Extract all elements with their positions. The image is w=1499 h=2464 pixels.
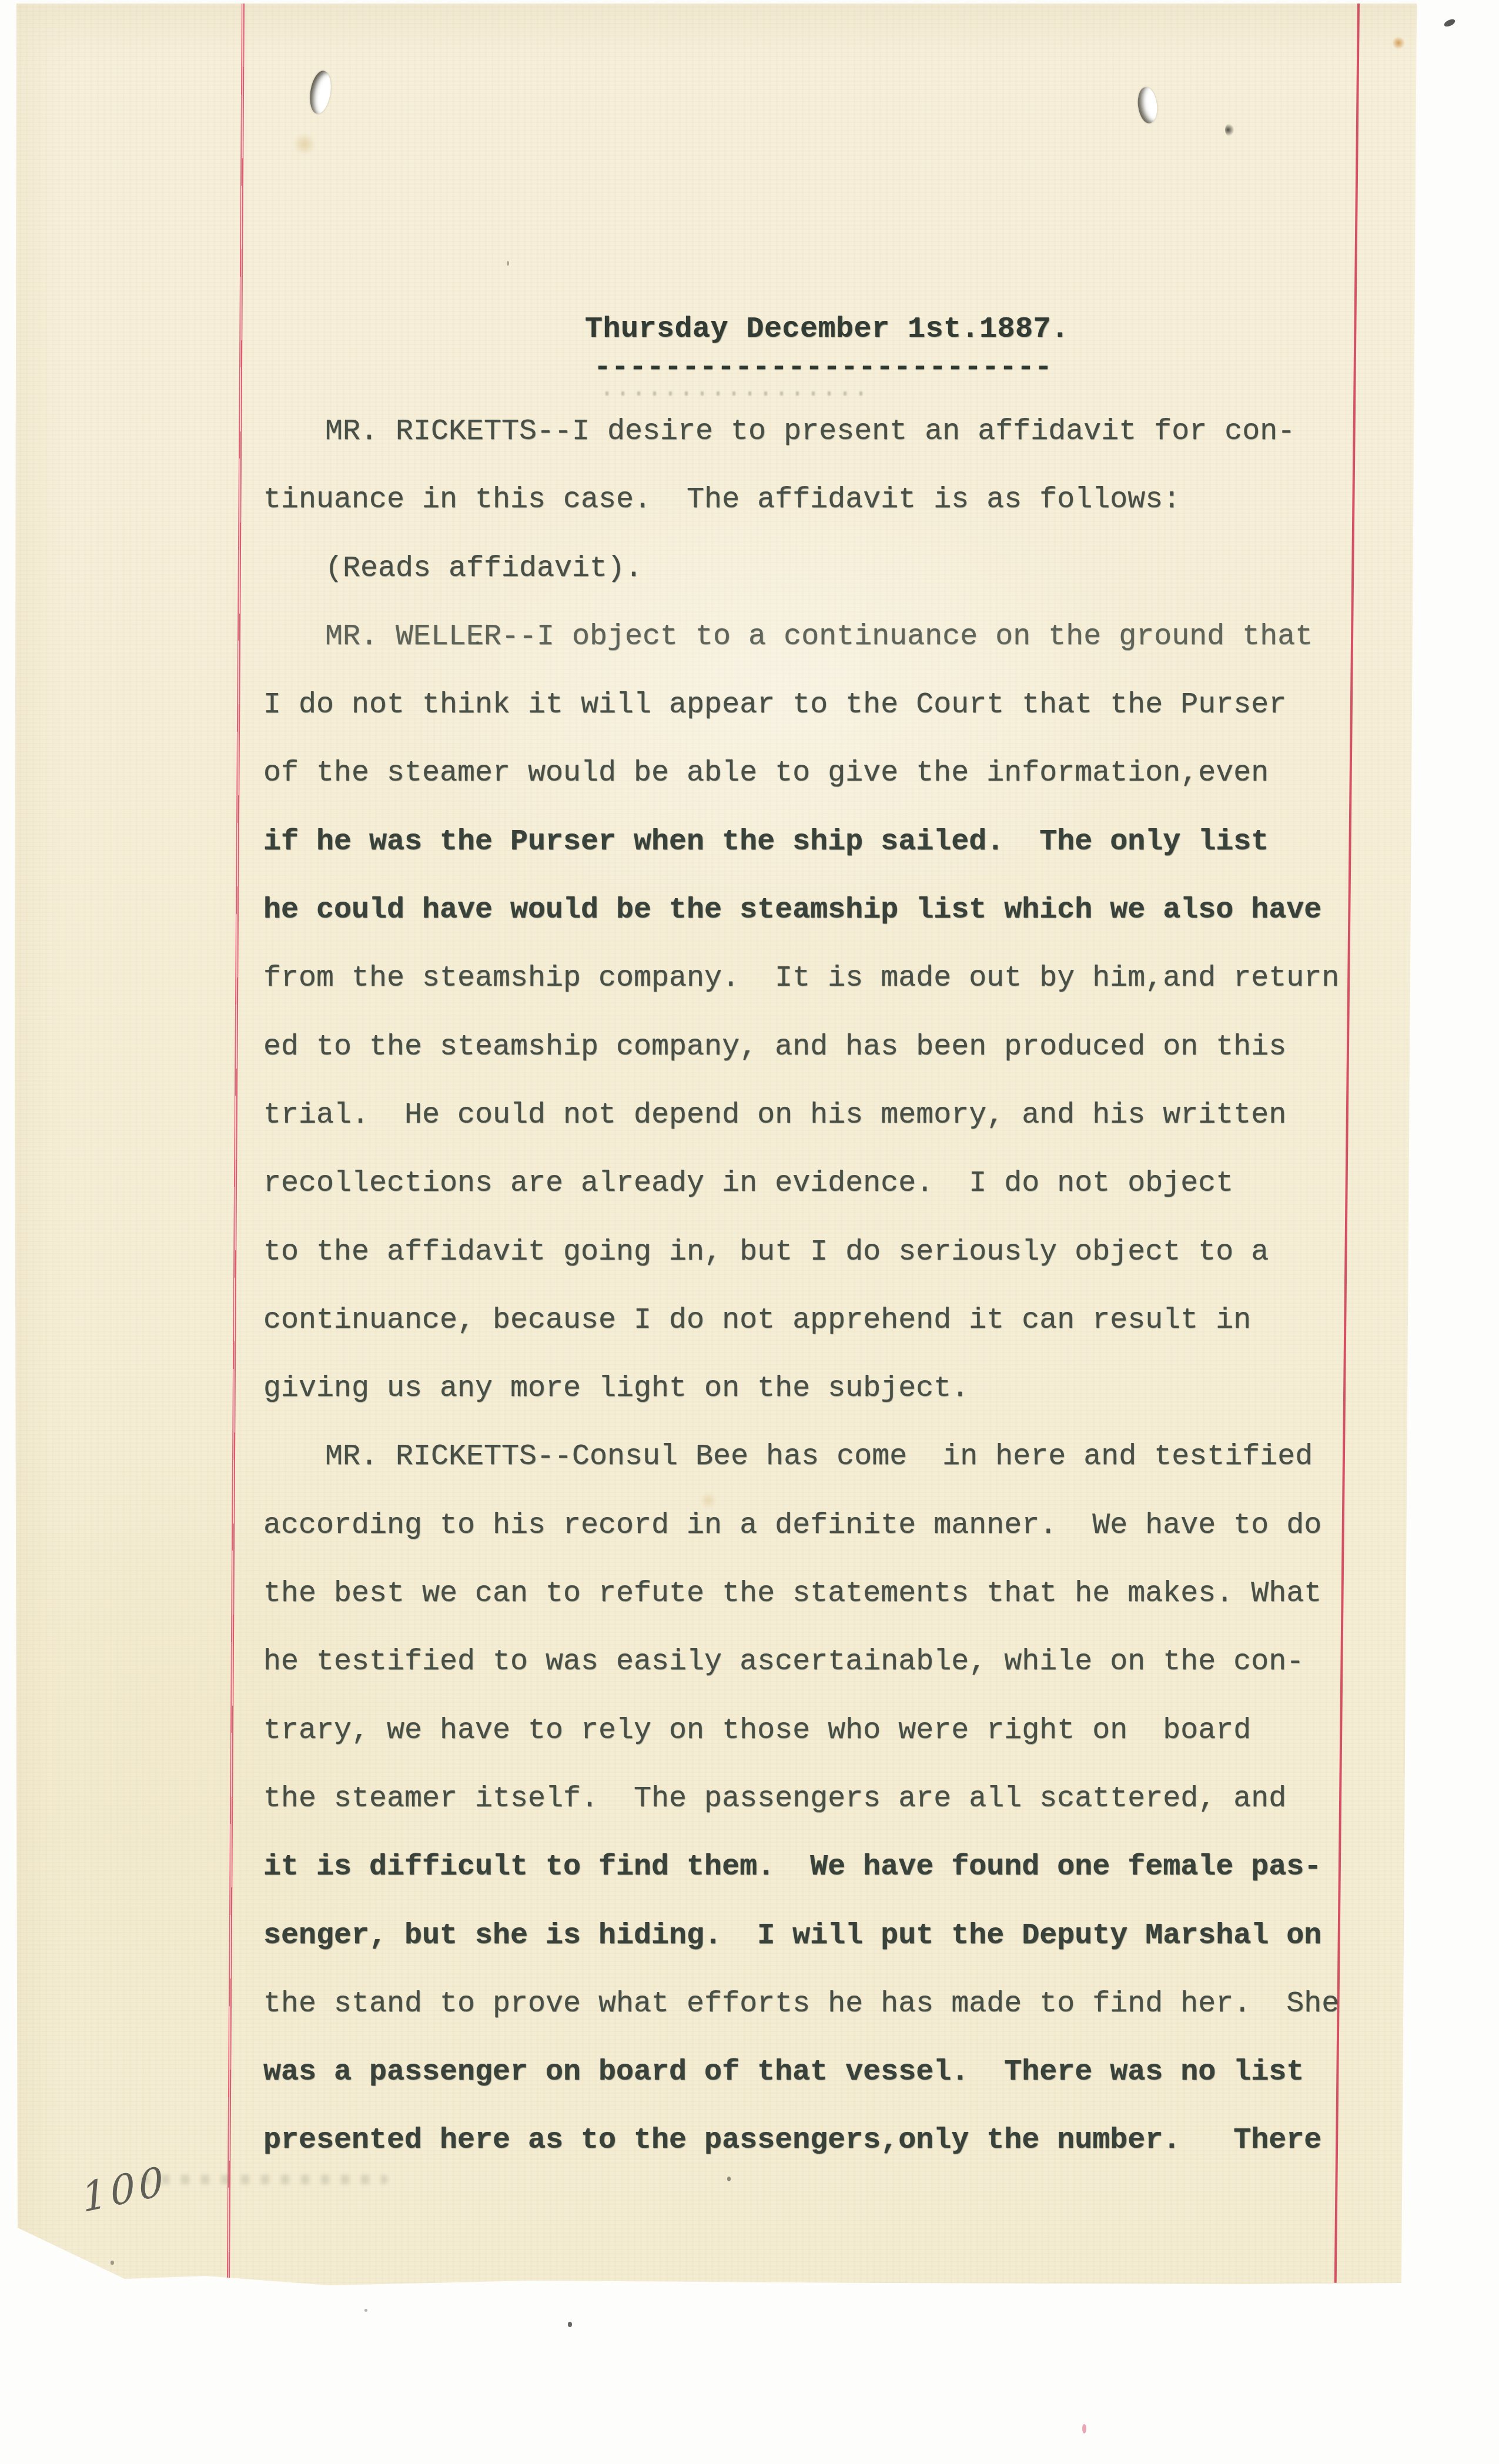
scan-debris [364, 2309, 367, 2312]
left-margin-rule [227, 4, 245, 2279]
typed-line: to the affidavit going in, but I do seri… [263, 1218, 1357, 1287]
typed-line: senger, but she is hiding. I will put th… [263, 1902, 1357, 1970]
ink-speck [111, 2261, 114, 2265]
typed-line: the steamer itself. The passengers are a… [263, 1765, 1357, 1833]
typed-line: he testified to was easily ascertainable… [263, 1628, 1357, 1696]
paper-hole-left [307, 69, 333, 115]
ink-speck [5, 46, 16, 65]
scan-debris [1443, 18, 1456, 28]
heading-underline: -------------------------- [594, 350, 1052, 386]
typed-line: trial. He could not depend on his memory… [263, 1082, 1357, 1150]
typed-line: he could have would be the steamship lis… [263, 876, 1357, 945]
typed-line: MR. RICKETTS--Consul Bee has come in her… [263, 1423, 1357, 1491]
ink-bleed-ghost [141, 2175, 388, 2184]
paper-stain [1392, 36, 1405, 49]
typed-line: of the steamer would be able to give the… [263, 739, 1357, 808]
ink-speck [476, 641, 479, 644]
scan-debris [568, 2322, 572, 2327]
typed-line: tinuance in this case. The affidavit is … [263, 466, 1357, 534]
typed-line: the best we can to refute the statements… [263, 1560, 1357, 1628]
typed-line: was a passenger on board of that vessel.… [263, 2038, 1357, 2107]
typed-line: ed to the steamship company, and has bee… [263, 1013, 1357, 1082]
typed-line: MR. RICKETTS--I desire to present an aff… [263, 398, 1357, 466]
typed-line: recollections are already in evidence. I… [263, 1150, 1357, 1218]
typed-line: trary, we have to rely on those who were… [263, 1697, 1357, 1765]
scan-debris [1082, 2424, 1086, 2433]
typed-line: presented here as to the passengers,only… [263, 2107, 1357, 2175]
document-page: Thursday December 1st.1887. ------------… [0, 0, 1499, 2464]
transcript-body: MR. RICKETTS--I desire to present an aff… [263, 398, 1357, 2175]
typed-line: if he was the Purser when the ship saile… [263, 808, 1357, 876]
typed-line: the stand to prove what efforts he has m… [263, 1970, 1357, 2038]
typed-line: giving us any more light on the subject. [263, 1355, 1357, 1423]
ink-speck [1225, 123, 1234, 136]
paper-stain [293, 134, 316, 154]
typed-line: according to his record in a definite ma… [263, 1492, 1357, 1560]
typed-line: MR. WELLER--I object to a continuance on… [263, 603, 1357, 671]
scanner-background: Thursday December 1st.1887. ------------… [0, 0, 1499, 2464]
document-date-heading: Thursday December 1st.1887. [585, 312, 1069, 347]
ink-speck [727, 2177, 731, 2181]
ink-speck [507, 261, 509, 266]
typed-line: it is difficult to find them. We have fo… [263, 1833, 1357, 1901]
typed-line: from the steamship company. It is made o… [263, 945, 1357, 1013]
ink-bleed-dots [605, 391, 871, 396]
handwritten-page-number: 100 [79, 2158, 169, 2222]
typed-line: (Reads affidavit). [263, 535, 1357, 603]
typed-line: continuance, because I do not apprehend … [263, 1287, 1357, 1355]
paper-hole-right [1136, 86, 1159, 124]
typed-line: I do not think it will appear to the Cou… [263, 671, 1357, 739]
